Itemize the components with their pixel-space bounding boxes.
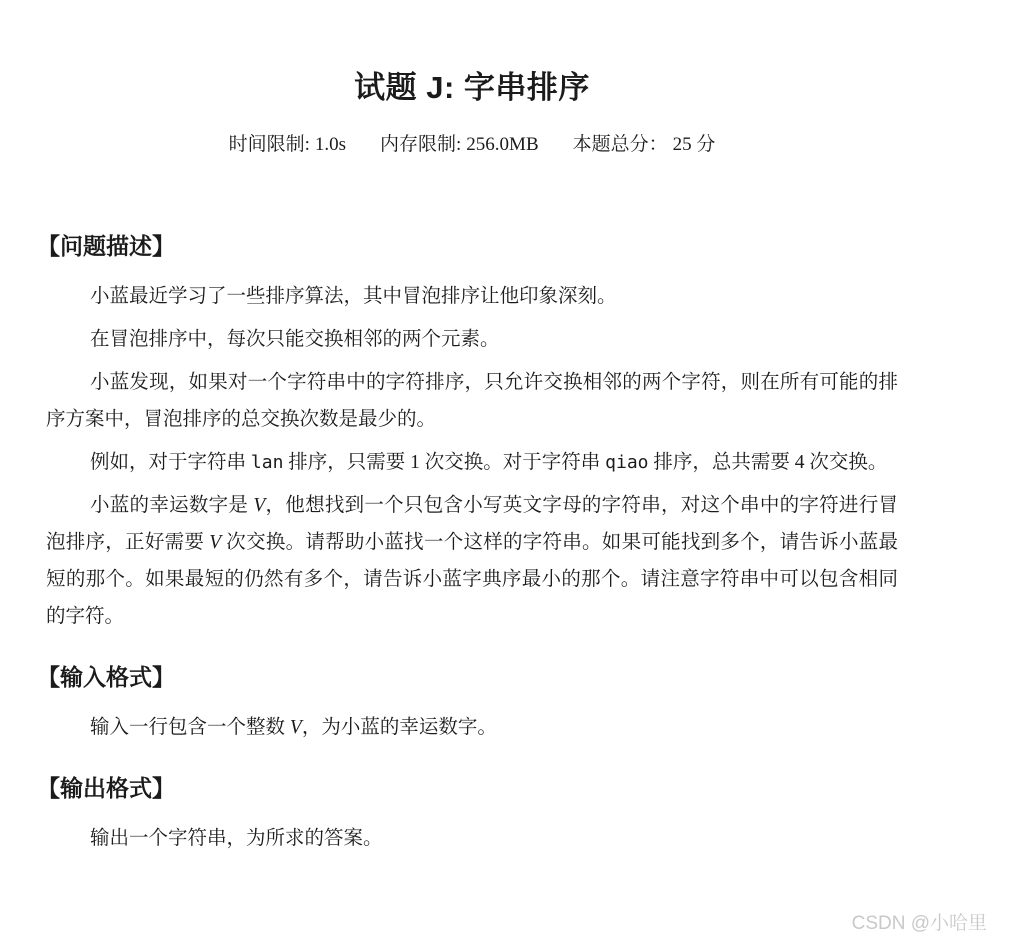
inline-code-lan: lan <box>251 452 284 473</box>
output-paragraph: 输出一个字符串，为所求的答案。 <box>46 820 898 857</box>
section-heading-output: 【输出格式】 <box>37 772 898 804</box>
total-score-label: 本题总分： <box>573 134 668 155</box>
paragraph-text: ，为小蓝的幸运数字。 <box>302 717 497 738</box>
section-heading-description: 【问题描述】 <box>37 230 898 262</box>
paragraph-text: 输入一行包含一个整数 <box>90 717 290 738</box>
document-page: 试题 J: 字串排序 时间限制:1.0s内存限制:256.0MB本题总分：25 … <box>0 0 1009 947</box>
description-paragraph-1: 小蓝最近学习了一些排序算法，其中冒泡排序让他印象深刻。 <box>46 278 898 315</box>
total-score: 本题总分：25 分 <box>573 132 716 158</box>
description-paragraph-5: 小蓝的幸运数字是 V，他想找到一个只包含小写英文字母的字符串，对这个串中的字符进… <box>46 487 898 635</box>
description-paragraph-4: 例如，对于字符串 lan 排序，只需要 1 次交换。对于字符串 qiao 排序，… <box>46 444 898 481</box>
math-variable-v: V <box>209 532 221 553</box>
document-content: 试题 J: 字串排序 时间限制:1.0s内存限制:256.0MB本题总分：25 … <box>0 0 898 857</box>
time-limit: 时间限制:1.0s <box>229 132 346 158</box>
input-paragraph: 输入一行包含一个整数 V，为小蓝的幸运数字。 <box>46 709 898 746</box>
paragraph-text: 小蓝的幸运数字是 <box>90 495 253 516</box>
time-limit-value: 1.0s <box>315 134 346 155</box>
total-score-value: 25 分 <box>673 134 716 155</box>
math-variable-v: V <box>253 495 265 516</box>
paragraph-text: 例如，对于字符串 <box>90 452 251 473</box>
memory-limit-value: 256.0MB <box>466 134 538 155</box>
page-title: 试题 J: 字串排序 <box>46 66 898 110</box>
memory-limit: 内存限制:256.0MB <box>380 132 539 158</box>
watermark: CSDN @小哈里 <box>852 908 987 935</box>
description-paragraph-3: 小蓝发现，如果对一个字符串中的字符排序，只允许交换相邻的两个字符，则在所有可能的… <box>46 364 898 438</box>
description-paragraph-2: 在冒泡排序中，每次只能交换相邻的两个元素。 <box>46 321 898 358</box>
paragraph-text: 排序，总共需要 4 次交换。 <box>649 452 888 473</box>
time-limit-label: 时间限制: <box>229 134 310 155</box>
section-heading-input: 【输入格式】 <box>37 661 898 693</box>
paragraph-text: 排序，只需要 1 次交换。对于字符串 <box>283 452 605 473</box>
inline-code-qiao: qiao <box>605 452 648 473</box>
memory-limit-label: 内存限制: <box>380 134 461 155</box>
math-variable-v: V <box>290 717 302 738</box>
meta-line: 时间限制:1.0s内存限制:256.0MB本题总分：25 分 <box>46 132 898 158</box>
